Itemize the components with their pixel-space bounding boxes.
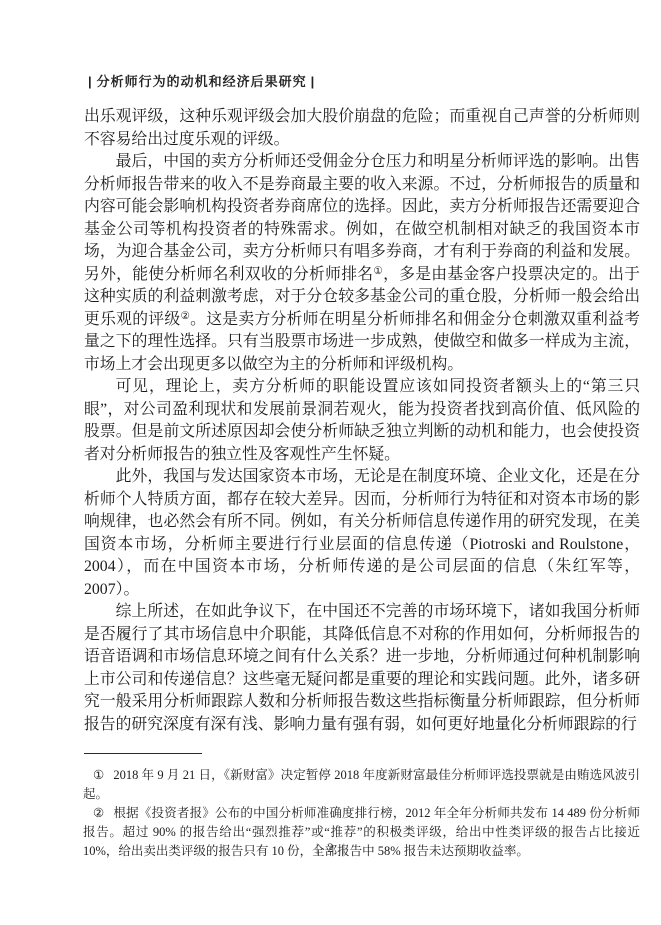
page-number-bar-right: | [334, 841, 355, 855]
footnote-2-marker: ② [93, 806, 104, 820]
document-page: |分析师行为的动机和经济后果研究| 出乐观评级，这种乐观评级会加大股价崩盘的危险… [0, 0, 661, 925]
paragraph-3: 可见，理论上，卖方分析师的职能设置应该如同投资者额头上的“第三只眼”，对公司盈利… [84, 376, 640, 466]
paragraph-2: 最后，中国的卖方分析师还受佣金分仓压力和明星分析师评选的影响。出售分析师报告带来… [84, 151, 640, 376]
page-number-value: 2 [327, 841, 333, 855]
running-header: |分析师行为的动机和经济后果研究| [84, 71, 319, 90]
paragraph-5: 综上所述，在如此争议下，在中国还不完善的市场环境下，诸如我国分析师是否履行了其市… [84, 601, 640, 736]
footnote-ref-2: ② [180, 311, 190, 322]
footnote-1: ①2018 年 9 月 21 日，《新财富》决定暂停 2018 年度新财富最佳分… [83, 766, 640, 804]
footnote-1-text: 2018 年 9 月 21 日，《新财富》决定暂停 2018 年度新财富最佳分析… [83, 768, 640, 801]
page-number: |2| [0, 841, 661, 856]
body-text: 出乐观评级，这种乐观评级会加大股价崩盘的危险；而重视自己声誉的分析师则不容易给出… [84, 106, 640, 736]
paragraph-4: 此外，我国与发达国家资本市场，无论是在制度环境、企业文化，还是在分析师个人特质方… [84, 466, 640, 601]
page-number-bar-left: | [307, 841, 328, 855]
header-bar-left: | [84, 74, 97, 89]
paragraph-2-text-a: 最后，中国的卖方分析师还受佣金分仓压力和明星分析师评选的影响。出售分析师报告带来… [84, 153, 640, 283]
paragraph-1: 出乐观评级，这种乐观评级会加大股价崩盘的危险；而重视自己声誉的分析师则不容易给出… [84, 106, 640, 151]
footnote-ref-1: ① [373, 266, 383, 277]
footnote-1-marker: ① [93, 768, 104, 782]
header-bar-right: | [307, 74, 320, 89]
footnote-separator [84, 753, 202, 754]
running-header-title: 分析师行为的动机和经济后果研究 [97, 74, 307, 89]
